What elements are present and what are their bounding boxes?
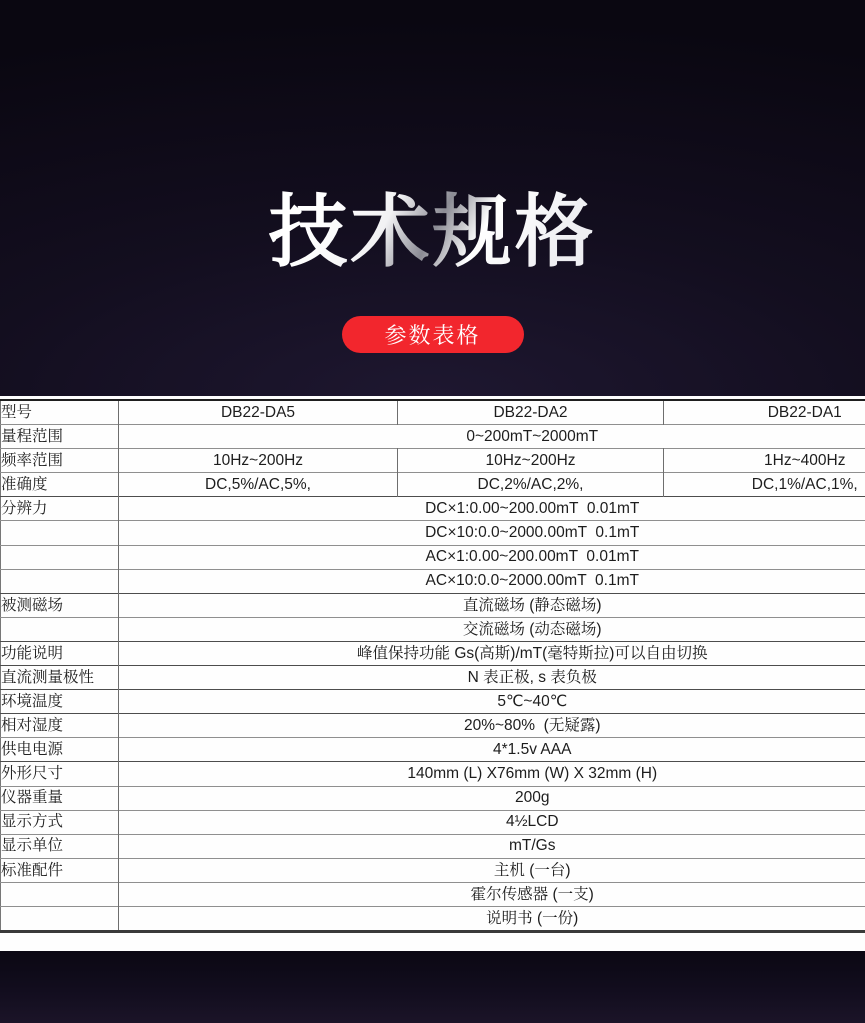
table-row: AC×10:0.0~2000.00mT 0.1mT [1,569,865,593]
table-row: 说明书 (一份) [1,906,865,931]
spec-value-cell: 0~200mT~2000mT [119,425,865,449]
table-row: 相对湿度20%~80% (无疑露) [1,714,865,738]
spec-value-cell: 峰值保持功能 Gs(高斯)/mT(毫特斯拉)可以自由切换 [119,641,865,665]
spec-value-cell: DC,1%/AC,1%, [664,473,865,497]
spec-value-cell: 10Hz~200Hz [119,449,398,473]
spec-label-cell [1,545,119,569]
spec-value-cell: mT/Gs [119,834,865,858]
spec-label-cell: 频率范围 [1,449,119,473]
spec-value-cell: 直流磁场 (静态磁场) [119,593,865,617]
spec-value-cell: 20%~80% (无疑露) [119,714,865,738]
spec-label-cell: 相对湿度 [1,714,119,738]
model-name-da5: DB22-DA5 [119,400,398,425]
spec-value-cell: 主机 (一台) [119,858,865,882]
spec-label-cell: 显示单位 [1,834,119,858]
spec-label-cell [1,882,119,906]
spec-table-body: 量程范围0~200mT~2000mT频率范围10Hz~200Hz10Hz~200… [1,425,865,932]
table-row: 分辨力DC×1:0.00~200.00mT 0.01mT [1,497,865,521]
spec-value-cell: DC×1:0.00~200.00mT 0.01mT [119,497,865,521]
spec-value-cell: AC×10:0.0~2000.00mT 0.1mT [119,569,865,593]
spec-table: 型号 DB22-DA5 DB22-DA2 DB22-DA1 量程范围0~200m… [0,399,865,933]
spec-label-cell: 量程范围 [1,425,119,449]
spec-label-cell [1,617,119,641]
spec-value-cell: 140mm (L) X76mm (W) X 32mm (H) [119,762,865,786]
spec-label-cell: 分辨力 [1,497,119,521]
spec-value-cell: DC×10:0.0~2000.00mT 0.1mT [119,521,865,545]
table-row: 标准配件主机 (一台) [1,858,865,882]
spec-value-cell: DC,2%/AC,2%, [398,473,664,497]
table-row: 显示单位mT/Gs [1,834,865,858]
spec-label-cell: 直流测量极性 [1,666,119,690]
spec-value-cell: AC×1:0.00~200.00mT 0.01mT [119,545,865,569]
table-row: 环境温度5℃~40℃ [1,690,865,714]
spec-label-cell: 外形尺寸 [1,762,119,786]
table-row: 仪器重量200g [1,786,865,810]
spec-label-cell [1,521,119,545]
table-row: 功能说明峰值保持功能 Gs(高斯)/mT(毫特斯拉)可以自由切换 [1,641,865,665]
table-row: 被测磁场直流磁场 (静态磁场) [1,593,865,617]
spec-value-cell: DC,5%/AC,5%, [119,473,398,497]
spec-label-cell [1,906,119,931]
table-row: 交流磁场 (动态磁场) [1,617,865,641]
spec-label-cell: 供电电源 [1,738,119,762]
spec-label-cell: 显示方式 [1,810,119,834]
table-row: 霍尔传感器 (一支) [1,882,865,906]
spec-value-cell: 霍尔传感器 (一支) [119,882,865,906]
spec-label-cell: 被测磁场 [1,593,119,617]
spec-value-cell: 4*1.5v AAA [119,738,865,762]
table-row: 量程范围0~200mT~2000mT [1,425,865,449]
hero-section: 技术规格 参数表格 [0,0,865,396]
spec-value-cell: N 表正极, s 表负极 [119,666,865,690]
model-name-da2: DB22-DA2 [398,400,664,425]
table-row: DC×10:0.0~2000.00mT 0.1mT [1,521,865,545]
spec-table-section: 型号 DB22-DA5 DB22-DA2 DB22-DA1 量程范围0~200m… [0,396,865,951]
spec-value-cell: 说明书 (一份) [119,906,865,931]
table-row: 频率范围10Hz~200Hz10Hz~200Hz1Hz~400Hz [1,449,865,473]
spec-value-cell: 1Hz~400Hz [664,449,865,473]
table-row: 外形尺寸140mm (L) X76mm (W) X 32mm (H) [1,762,865,786]
spec-value-cell: 200g [119,786,865,810]
spec-value-cell: 4½LCD [119,810,865,834]
footer-strip [0,951,865,1023]
model-header-label: 型号 [1,400,119,425]
spec-value-cell: 5℃~40℃ [119,690,865,714]
table-row: 直流测量极性N 表正极, s 表负极 [1,666,865,690]
table-header-row: 型号 DB22-DA5 DB22-DA2 DB22-DA1 [1,400,865,425]
table-row: AC×1:0.00~200.00mT 0.01mT [1,545,865,569]
table-row: 准确度DC,5%/AC,5%,DC,2%/AC,2%,DC,1%/AC,1%, [1,473,865,497]
table-row: 供电电源4*1.5v AAA [1,738,865,762]
model-name-da1: DB22-DA1 [664,400,865,425]
table-row: 显示方式4½LCD [1,810,865,834]
product-spec-page: 技术规格 参数表格 型号 DB22-DA5 DB22-DA2 DB22-DA1 … [0,0,865,1023]
spec-label-cell: 标准配件 [1,858,119,882]
spec-label-cell: 功能说明 [1,641,119,665]
spec-value-cell: 10Hz~200Hz [398,449,664,473]
spec-value-cell: 交流磁场 (动态磁场) [119,617,865,641]
spec-label-cell: 准确度 [1,473,119,497]
page-title: 技术规格 [269,188,597,276]
spec-label-cell: 环境温度 [1,690,119,714]
params-table-badge-button[interactable]: 参数表格 [342,316,524,353]
spec-label-cell: 仪器重量 [1,786,119,810]
spec-label-cell [1,569,119,593]
